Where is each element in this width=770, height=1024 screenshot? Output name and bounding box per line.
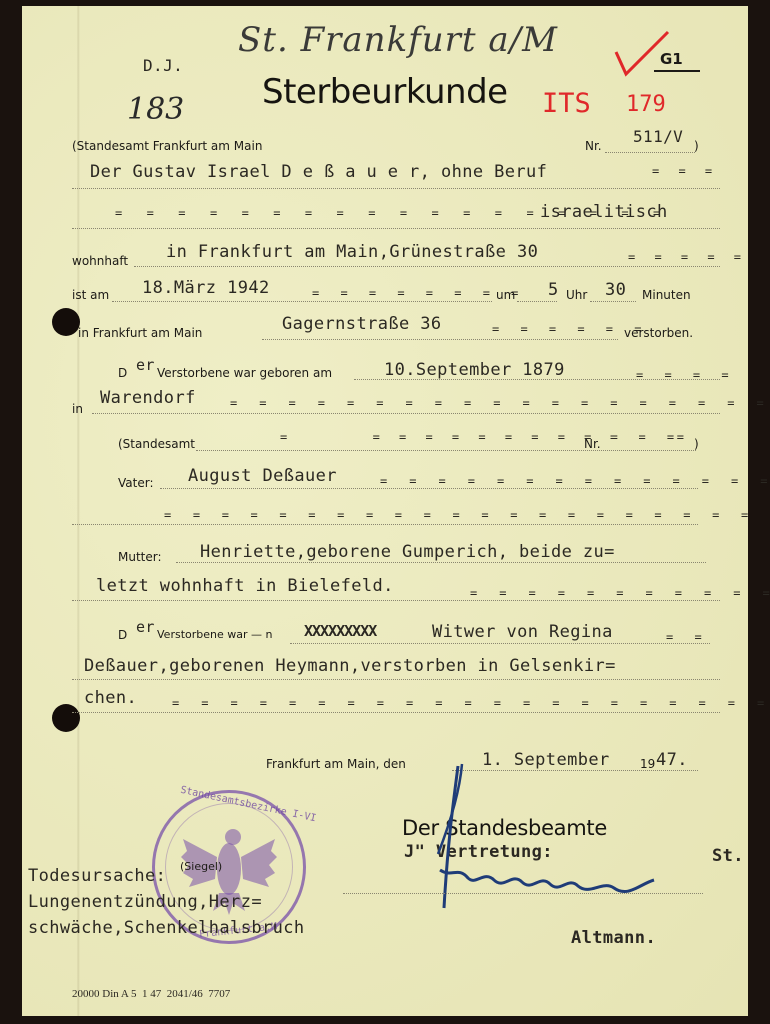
religion-dotline [72, 228, 720, 229]
mother-line1: Henriette,geborene Gumperich, beide zu= [200, 542, 615, 562]
father-dotline [160, 488, 698, 489]
marital-gender-typed: er [136, 618, 155, 636]
time-minutes-label: Minuten [642, 288, 691, 302]
signature-dotline [343, 893, 703, 894]
death-date-dotline [112, 301, 492, 302]
birth-prefix: D [118, 366, 127, 380]
punch-hole-bottom [52, 704, 80, 732]
mother-label: Mutter: [118, 550, 162, 564]
birth-place: Warendorf [100, 388, 196, 408]
cause-of-death-line2: schwäche,Schenkelhalsbruch [28, 918, 305, 938]
deceased-name: Der Gustav Israel D e ß a u e r, ohne Be… [90, 162, 547, 182]
marital-struck-text: XXXXXXXXX [304, 622, 376, 640]
father-fill: = = = = = = = = = = = = = = = [380, 474, 770, 488]
dj-number: 183 [127, 92, 184, 127]
cause-of-death-label: Todesursache: [28, 866, 166, 886]
its-number: 179 [626, 92, 666, 117]
birth-date-fill: = = = = [636, 368, 736, 382]
handwritten-header: St. Frankfurt a/M [238, 20, 558, 60]
marital-line2-dotline [72, 679, 720, 680]
mother-line2: letzt wohnhaft in Bielefeld. [96, 576, 394, 596]
death-date: 18.März 1942 [142, 278, 270, 298]
birth-label: Verstorbene war geboren am [157, 366, 332, 380]
cause-of-death-line1: Lungenentzündung,Herz= [28, 892, 262, 912]
nr-value: 511/V [633, 127, 683, 146]
time-minutes-dotline [590, 301, 636, 302]
print-info: 20000 Din A 5 1 47 2041/46 7707 [72, 988, 230, 1000]
birth-registry-dotline [196, 450, 696, 451]
residence: in Frankfurt am Main,Grünestraße 30 [166, 242, 538, 262]
birth-registry-close: ) [694, 437, 699, 451]
birth-place-dotline [92, 413, 720, 414]
place-date-label: Frankfurt am Main, den [266, 757, 406, 771]
father-name: August Deßauer [188, 466, 337, 486]
birth-place-label: in [72, 402, 83, 416]
name-fill: = = = [652, 164, 718, 178]
death-place-dotline [262, 339, 618, 340]
signatory-name: Altmann. [571, 928, 656, 948]
time-hour-dotline [517, 301, 557, 302]
time-uhr-label: Uhr [566, 288, 587, 302]
corner-code-underline [654, 70, 700, 72]
birth-registry-nr-fill: = = = [610, 430, 681, 444]
marital-label: Verstorbene war — n [157, 628, 272, 641]
punch-hole-top [52, 308, 80, 336]
registry-office-label: (Standesamt Frankfurt am Main [72, 139, 262, 153]
birth-registry-nr-label: Nr. [584, 437, 601, 451]
nr-close: ) [694, 139, 699, 153]
marital-line1: Witwer von Regina [432, 622, 613, 642]
death-place-label: in Frankfurt am Main [78, 326, 202, 340]
nr-label: Nr. [585, 139, 602, 153]
birth-place-fill: = = = = = = = = = = = = = = = = = = = [230, 396, 770, 410]
father-label: Vater: [118, 476, 153, 490]
nr-dotline [605, 152, 695, 153]
name-dotline [72, 188, 720, 189]
its-stamp: ITS [542, 88, 591, 119]
father-line2-dotline [72, 524, 698, 525]
residence-fill: = = = = = [628, 250, 747, 264]
death-place: Gagernstraße 36 [282, 314, 442, 334]
marital-prefix: D [118, 628, 127, 642]
mother-line2-dotline [72, 600, 720, 601]
marital-line2: Deßauer,geborenen Heymann,verstorben in … [84, 656, 616, 676]
residence-dotline [134, 266, 720, 267]
death-date-label: ist am [72, 288, 109, 302]
death-date-fill: = = = = = = = = [312, 286, 525, 300]
seal-label: (Siegel) [180, 860, 222, 873]
time-hour: 5 [548, 280, 559, 300]
birth-date: 10.September 1879 [384, 360, 565, 380]
dj-label: D.J. [143, 56, 183, 75]
marital-dotline [290, 643, 710, 644]
residence-label: wohnhaft [72, 254, 128, 268]
marital-line1-fill: = = [666, 630, 709, 644]
marital-line3-dotline [72, 712, 720, 713]
mother-dotline [176, 562, 706, 563]
deputy-suffix: St. [712, 846, 744, 866]
father-line2-fill: = = = = = = = = = = = = = = = = = = = = … [164, 508, 770, 522]
religion: israelitisch [540, 202, 668, 222]
marital-line3: chen. [84, 688, 137, 708]
birth-registry-label: (Standesamt [118, 437, 195, 451]
time-um-label: um [496, 288, 515, 302]
handwritten-signature-icon [418, 758, 668, 918]
time-minutes: 30 [605, 280, 626, 300]
birth-gender-typed: er [136, 356, 155, 374]
page-title: Sterbeurkunde [262, 72, 508, 112]
mother-line2-fill: = = = = = = = = = = = = = [470, 586, 770, 600]
died-label: verstorben. [624, 326, 693, 340]
marital-line3-fill: = = = = = = = = = = = = = = = = = = = = … [172, 696, 770, 710]
corner-code: G1 [660, 50, 683, 68]
